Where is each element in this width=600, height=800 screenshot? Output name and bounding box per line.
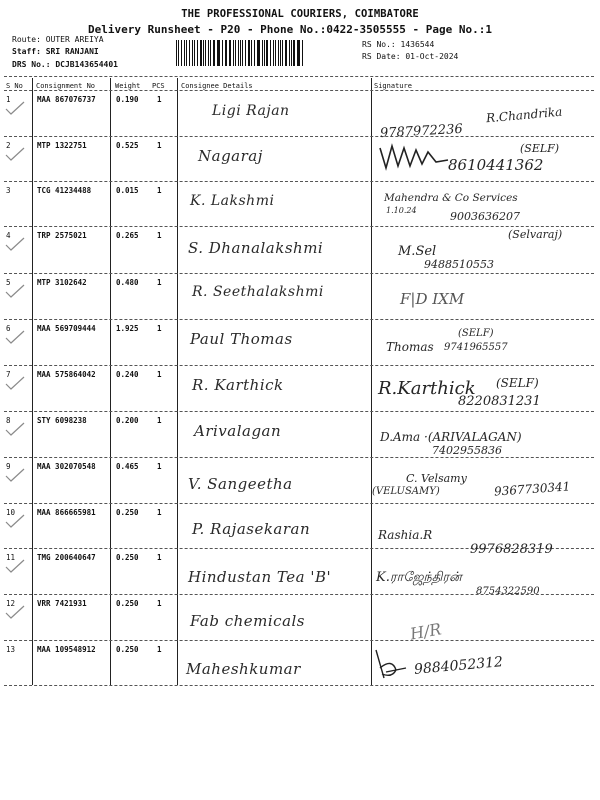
weight-value: 0.200	[116, 416, 139, 425]
consignment-no: MAA 867076737	[37, 95, 96, 104]
checkmark-icon	[4, 329, 26, 345]
signature-text: (SELF)	[496, 376, 539, 390]
barcode-bar	[235, 40, 236, 66]
consignee-name: S. Dhanalakshmi	[188, 239, 323, 257]
consignment-no: MAA 866665981	[37, 508, 96, 517]
signature-text: K.ராஜேந்திரன்	[376, 570, 462, 586]
signature-text: (SELF)	[458, 328, 494, 339]
pcs-value: 1	[157, 141, 162, 150]
weight-value: 0.465	[116, 462, 139, 471]
barcode-bar	[275, 40, 276, 66]
consignment-no: MAA 302070548	[37, 462, 96, 471]
consignee-name: R. Seethalakshmi	[192, 284, 324, 300]
staff-value: SRI RANJANI	[46, 47, 99, 56]
barcode-bar	[257, 40, 258, 66]
signature-text: C. Velsamy	[406, 472, 467, 485]
barcode-bar	[245, 40, 246, 66]
checkmark-icon	[4, 421, 26, 437]
barcode-bar	[240, 40, 241, 66]
checkmark-icon	[4, 100, 26, 116]
signature-text: M.Sel	[398, 244, 436, 259]
pcs-value: 1	[157, 599, 162, 608]
rs-no-line: RS No.: 1436544	[362, 40, 434, 49]
barcode-bar	[208, 40, 209, 66]
weight-value: 1.925	[116, 324, 139, 333]
barcode-bar	[254, 40, 255, 66]
barcode-bar	[293, 40, 294, 66]
table-row: 6MAA 5697094441.9251	[0, 319, 600, 364]
sno-cell: 3	[6, 186, 11, 195]
consignee-name: P. Rajasekaran	[192, 520, 310, 538]
divider	[4, 76, 594, 77]
consignee-name: Arivalagan	[194, 422, 281, 440]
barcode-bar	[258, 40, 259, 66]
route-line: Route: OUTER AREIYA	[12, 35, 104, 44]
pcs-value: 1	[157, 462, 162, 471]
barcode-bar	[242, 40, 243, 66]
weight-value: 0.250	[116, 508, 139, 517]
barcode-bar	[218, 40, 219, 66]
barcode-bar	[238, 40, 239, 66]
barcode-bar	[282, 40, 283, 66]
signature-text: 9488510553	[424, 258, 494, 271]
staff-label: Staff:	[12, 47, 41, 56]
checkmark-icon	[4, 375, 26, 391]
rs-no-value: 1436544	[401, 40, 435, 49]
signature-text: 9976828319	[470, 542, 553, 557]
barcode-bar	[184, 40, 186, 66]
consignment-no: VRR 7421931	[37, 599, 87, 608]
signature-text: Mahendra & Co Services	[384, 192, 518, 204]
consignment-no: MAA 575864042	[37, 370, 96, 379]
barcode-bar	[229, 40, 231, 66]
col-weight: Weight	[115, 82, 140, 90]
consignee-name: Ligi Rajan	[212, 103, 290, 119]
pcs-value: 1	[157, 186, 162, 195]
signature-text: 8754322590	[476, 586, 540, 597]
barcode-bar	[248, 40, 250, 66]
signature-text: 7402955836	[432, 444, 502, 457]
barcode-bar	[302, 40, 303, 66]
staff-line: Staff: SRI RANJANI	[12, 47, 99, 56]
pcs-value: 1	[157, 278, 162, 287]
checkmark-icon	[4, 558, 26, 574]
barcode-bar	[264, 40, 265, 66]
col-consignment: Consignment No	[36, 82, 95, 90]
consignment-no: MAA 109548912	[37, 645, 96, 654]
barcode-bar	[251, 40, 252, 66]
consignment-no: MTP 1322751	[37, 141, 87, 150]
pcs-value: 1	[157, 553, 162, 562]
signature-text: 9003636207	[450, 210, 520, 223]
barcode-bar	[285, 40, 287, 66]
barcode-bar	[213, 40, 215, 66]
consignment-no: MTP 3102642	[37, 278, 87, 287]
signature-text: 9741965557	[444, 342, 508, 353]
company-title: THE PROFESSIONAL COURIERS, COIMBATORE	[0, 8, 600, 20]
signature-text: (Selvaraj)	[508, 228, 562, 241]
col-sno: S No	[6, 82, 23, 90]
signature-text: Thomas	[386, 340, 434, 354]
barcode-bar	[194, 40, 195, 66]
signature-text: 8220831231	[458, 394, 541, 409]
barcode-bar	[189, 40, 190, 66]
weight-value: 0.480	[116, 278, 139, 287]
barcode-bar	[233, 40, 234, 66]
checkmark-icon	[4, 467, 26, 483]
barcode	[176, 40, 304, 66]
barcode-bar	[291, 40, 292, 66]
weight-value: 0.250	[116, 599, 139, 608]
rs-date-line: RS Date: 01-Oct-2024	[362, 52, 458, 61]
signature-text: D.Ama ·(ARIVALAGAN)	[380, 430, 522, 444]
barcode-bar	[186, 40, 187, 66]
barcode-bar	[205, 40, 206, 66]
signature-text: (VELUSAMY)	[372, 486, 440, 497]
consignment-no: TMG 200640647	[37, 553, 96, 562]
signature-text: 8610441362	[448, 156, 543, 174]
checkmark-icon	[4, 146, 26, 162]
weight-value: 0.190	[116, 95, 139, 104]
checkmark-icon	[4, 604, 26, 620]
pcs-value: 1	[157, 416, 162, 425]
consignee-name: Paul Thomas	[190, 330, 293, 348]
signature-scribble	[372, 648, 412, 684]
weight-value: 0.250	[116, 553, 139, 562]
weight-value: 0.240	[116, 370, 139, 379]
col-signature: Signature	[374, 82, 412, 90]
signature-text: F|D IXM	[400, 290, 464, 308]
barcode-bar	[226, 40, 227, 66]
runsheet-subtitle: Delivery Runsheet - P20 - Phone No.:0422…	[88, 23, 492, 36]
barcode-bar	[176, 40, 177, 66]
consignment-no: STY 6098238	[37, 416, 87, 425]
signature-scribble	[378, 140, 458, 172]
barcode-bar	[203, 40, 204, 66]
consignee-name: K. Lakshmi	[190, 193, 274, 209]
consignee-name: V. Sangeetha	[188, 475, 293, 493]
consignment-no: TCG 41234488	[37, 186, 91, 195]
consignee-name: R. Karthick	[192, 376, 284, 394]
signature-text: (SELF)	[520, 142, 559, 155]
pcs-value: 1	[157, 231, 162, 240]
barcode-bar	[225, 40, 226, 66]
barcode-bar	[280, 40, 281, 66]
barcode-bar	[222, 40, 223, 66]
signature-text: 1.10.24	[386, 206, 417, 215]
route-label: Route:	[12, 35, 41, 44]
rs-no-label: RS No.:	[362, 40, 396, 49]
barcode-bar	[273, 40, 274, 66]
consignment-no: TRP 2575021	[37, 231, 87, 240]
pcs-value: 1	[157, 324, 162, 333]
barcode-bar	[178, 40, 179, 66]
rs-date-value: 01-Oct-2024	[405, 52, 458, 61]
barcode-bar	[262, 40, 263, 66]
pcs-value: 1	[157, 95, 162, 104]
pcs-value: 1	[157, 508, 162, 517]
barcode-bar	[200, 40, 202, 66]
weight-value: 0.015	[116, 186, 139, 195]
consignee-name: Hindustan Tea 'B'	[188, 568, 331, 586]
weight-value: 0.525	[116, 141, 139, 150]
rs-date-label: RS Date:	[362, 52, 401, 61]
barcode-bar	[289, 40, 290, 66]
pcs-value: 1	[157, 645, 162, 654]
consignee-name: Nagaraj	[198, 147, 263, 165]
consignee-name: Fab chemicals	[190, 612, 305, 630]
pcs-value: 1	[157, 370, 162, 379]
barcode-bar	[192, 40, 193, 66]
barcode-bar	[181, 40, 182, 66]
drs-value: DCJB143654401	[55, 60, 118, 69]
barcode-bar	[298, 40, 299, 66]
checkmark-icon	[4, 513, 26, 529]
checkmark-icon	[4, 283, 26, 299]
barcode-bar	[210, 40, 211, 66]
consignment-no: MAA 569709444	[37, 324, 96, 333]
signature-text: Rashia.R	[378, 528, 432, 542]
barcode-bar	[197, 40, 198, 66]
col-consignee: Consignee Details	[181, 82, 253, 90]
barcode-bar	[266, 40, 268, 66]
barcode-bar	[217, 40, 218, 66]
drs-line: DRS No.: DCJB143654401	[12, 60, 118, 69]
barcode-bar	[278, 40, 279, 66]
weight-value: 0.250	[116, 645, 139, 654]
barcode-bar	[297, 40, 298, 66]
col-pcs: PCS	[152, 82, 165, 90]
checkmark-icon	[4, 236, 26, 252]
route-value: OUTER AREIYA	[46, 35, 104, 44]
consignee-name: Maheshkumar	[186, 660, 301, 678]
weight-value: 0.265	[116, 231, 139, 240]
row-divider	[4, 685, 594, 686]
barcode-bar	[270, 40, 271, 66]
sno-cell: 13	[6, 645, 15, 654]
drs-label: DRS No.:	[12, 60, 51, 69]
